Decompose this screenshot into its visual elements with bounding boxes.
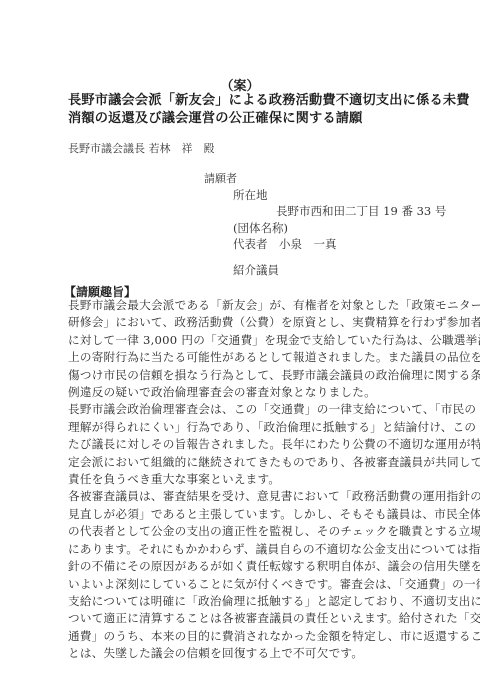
body-line: 上の寄附行為に当たる可能性があるとして報道されました。また議員の品位を (68, 349, 413, 366)
body-line: の代表者として公金の支出の適正性を監視し、そのチェックを職責とする立場 (68, 523, 413, 540)
body-line: いよいよ深刻にしていることに気が付くべきです。審査会は、「交通費」の一律 (68, 576, 413, 593)
petition-title: 長野市議会会派「新友会」による政務活動費不適切支出に係る未費 消額の返還及び議会… (68, 92, 418, 128)
body-line: 傷つけ市民の信頼を損なう行為として、長野市議会議員の政治倫理に関する条 (68, 367, 413, 384)
organization-name-label: (団体名称) (233, 220, 288, 236)
document-page: （案） 長野市議会会派「新友会」による政務活動費不適切支出に係る未費 消額の返還… (0, 0, 480, 678)
address-label: 所在地 (233, 187, 268, 203)
body-line: とは、失墜した議会の信頼を回復する上で不可欠です。 (68, 645, 413, 662)
body-line: たび議長に対しその旨報告されました。長年にわたり公費の不適切な運用が特 (68, 436, 413, 453)
body-line: にあります。それにもかかわらず、議員自らの不適切な公金支出については指 (68, 541, 413, 558)
body-line: 針の不備にその原因があるが如く責任転嫁する釈明自体が、議会の信用失墜を (68, 558, 413, 575)
body-line: 研修会」において、政務活動費（公費）を原資とし、実費精算を行わず参加者 (68, 314, 413, 331)
title-line: 長野市議会会派「新友会」による政務活動費不適切支出に係る未費 (68, 92, 418, 110)
title-line: 消額の返還及び議会運営の公正確保に関する請願 (68, 110, 418, 128)
address-value: 長野市西和田二丁目 19 番 33 号 (276, 203, 446, 219)
body-line: 定会派において組織的に継続されてきたものであり、各被審査議員が共同して (68, 454, 413, 471)
body-line: 理解が得られにくい」行為であり、「政治倫理に抵触する」と結論付け、この (68, 419, 413, 436)
addressee: 長野市議会議長 若林 祥 殿 (68, 140, 215, 156)
introducing-member-label: 紹介議員 (233, 262, 279, 278)
body-line: 通費」のうち、本来の目的に費消されなかった金額を特定し、市に返還するこ (68, 628, 413, 645)
body-line: 長野市議会最大会派である「新友会」が、有権者を対象とした「政策モニター (68, 297, 413, 314)
petition-body: 長野市議会最大会派である「新友会」が、有権者を対象とした「政策モニター 研修会」… (68, 297, 413, 663)
body-line: 例違反の疑いで政治倫理審査会の審査対象となりました。 (68, 384, 413, 401)
body-line: ついて適正に清算することは各被審査議員の責任といえます。給付された「交 (68, 610, 413, 627)
petitioner-label: 請願者 (204, 170, 237, 186)
body-line: に対して一律 3,000 円の「交通費」を現金で支給していた行為は、公職選挙法 (68, 332, 413, 349)
body-line: 支給については明確に「政治倫理に抵触する」と認定しており、不適切支出に (68, 593, 413, 610)
body-line: 各被審査議員は、審査結果を受け、意見書において「政務活動費の運用指針の (68, 488, 413, 505)
body-line: 長野市議会政治倫理審査会は、この「交通費」の一律支給について、「市民の (68, 401, 413, 418)
body-line: 責任を負うべき重大な事案といえます。 (68, 471, 413, 488)
representative: 代表者 小泉 一真 (233, 236, 337, 252)
body-line: 見直しが必須」であると主張しています。しかし、そもそも議員は、市民全体 (68, 506, 413, 523)
